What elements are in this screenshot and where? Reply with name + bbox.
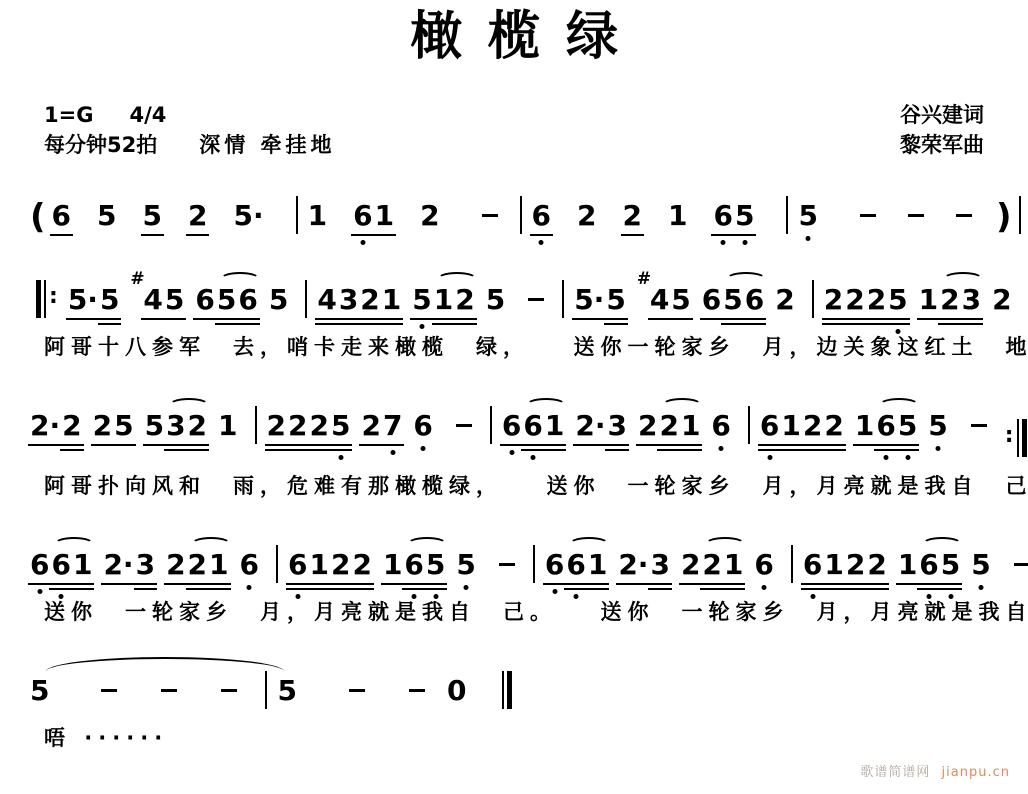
note: 6 <box>566 548 585 582</box>
note: 2 <box>166 548 185 582</box>
note: 2 <box>93 409 112 443</box>
composer-credit: 黎荣军曲 <box>900 130 984 160</box>
note: 2 <box>420 199 439 233</box>
note: 5 <box>888 283 907 317</box>
note: 1 <box>309 548 328 582</box>
low-octave-dot <box>979 585 984 590</box>
note: 2 <box>62 409 81 443</box>
slur: 21 <box>702 548 754 582</box>
note: 2 <box>803 409 822 443</box>
system-outro: 550 唔 ······ <box>0 655 1028 751</box>
sharp-icon: # <box>130 271 144 288</box>
note: 1 <box>781 409 800 443</box>
system-intro: (65525·16126221655) <box>0 180 1028 234</box>
slur: 23 <box>940 283 992 317</box>
note: 6 <box>711 409 730 443</box>
low-octave-dot <box>539 240 544 245</box>
duration-dash <box>528 298 544 301</box>
duration-dash <box>860 214 876 217</box>
slur: 61 <box>566 548 618 582</box>
note: 1 <box>382 283 401 317</box>
note: 2 <box>992 283 1011 317</box>
duration-dash <box>908 214 924 217</box>
low-octave-dot <box>531 455 536 460</box>
low-octave-dot <box>360 240 365 245</box>
lyrics-line-1: 阿哥十八参军 去，哨卡走来橄榄 绿， 送你一轮家乡 月，边关象这红土 地。 <box>0 334 1028 360</box>
note: 5· <box>574 283 604 317</box>
low-octave-dot <box>421 446 426 451</box>
barline-single <box>1019 196 1021 234</box>
note: 5 <box>456 548 475 582</box>
note: 5 <box>217 283 236 317</box>
low-octave-dot <box>574 594 579 599</box>
duration-dash <box>456 424 472 427</box>
note: 5 <box>277 674 296 708</box>
note: 2· <box>575 409 605 443</box>
watermark: 歌谱简谱网 jianpu.cn <box>860 761 1010 780</box>
song-title: 橄榄绿 <box>0 6 1028 68</box>
barline-single <box>490 406 492 444</box>
slur: 61 <box>523 409 575 443</box>
note: 6 <box>919 548 938 582</box>
barline-single <box>305 280 307 318</box>
low-octave-dot <box>247 585 252 590</box>
note: 1 <box>383 548 402 582</box>
tempo-marking: 每分钟52拍 <box>44 133 157 157</box>
low-octave-dot <box>412 594 417 599</box>
note: 1 <box>588 548 607 582</box>
note: 5 <box>426 548 445 582</box>
note: 6 <box>52 199 71 233</box>
note: 1 <box>724 548 743 582</box>
low-octave-dot <box>948 594 953 599</box>
duration-dash <box>971 424 987 427</box>
note: 5 <box>143 199 162 233</box>
note: 1 <box>855 409 874 443</box>
barline-single <box>748 406 750 444</box>
note: 2 <box>309 409 328 443</box>
note: 1 <box>898 548 917 582</box>
lyricist-credit: 谷兴建词 <box>900 100 984 130</box>
low-octave-dot <box>721 240 726 245</box>
note: 1 <box>73 548 92 582</box>
slur: 56 <box>723 283 775 317</box>
barline-begin: : <box>36 280 58 318</box>
note: 2 <box>867 283 886 317</box>
note: 5 <box>735 199 754 233</box>
note: 6 <box>754 548 773 582</box>
note: 5 <box>671 283 690 317</box>
key-meter-row: 1=G4/4 <box>44 100 166 130</box>
note: 5 <box>971 548 990 582</box>
note: 5 <box>606 283 625 317</box>
watermark-site-name: 歌谱简谱网 <box>860 765 930 780</box>
note: 5 <box>30 674 49 708</box>
note: 6 <box>760 409 779 443</box>
notation-line-verse-1: :5·5#456565432151255·5#45656222251232 <box>0 264 1028 318</box>
note: 6 <box>51 548 70 582</box>
slur: 61 <box>51 548 103 582</box>
note: 6 <box>523 409 542 443</box>
note: 1 <box>824 548 843 582</box>
barline-single <box>791 545 793 583</box>
note: 5 <box>941 548 960 582</box>
system-verse-1: :5·5#456565432151255·5#45656222251232 阿哥… <box>0 264 1028 360</box>
note: 6 <box>502 409 521 443</box>
note: 3 <box>339 283 358 317</box>
note: 2 <box>846 548 865 582</box>
duration-dash <box>499 563 515 566</box>
low-octave-dot <box>927 594 932 599</box>
note: 5 <box>486 283 505 317</box>
lyrics-line-2: 阿哥扑向风和 雨，危难有那橄榄绿， 送你 一轮家乡 月，月亮就是我自 己。 <box>0 473 1028 499</box>
low-octave-dot <box>719 446 724 451</box>
duration-dash <box>956 214 972 217</box>
note: 2 <box>623 199 642 233</box>
note: 1 <box>681 409 700 443</box>
note: 5 <box>97 199 116 233</box>
low-octave-dot <box>762 585 767 590</box>
note: 5 <box>723 283 742 317</box>
note: 5 <box>100 283 119 317</box>
low-octave-dot <box>936 446 941 451</box>
note: 2 <box>188 548 207 582</box>
tie-arc <box>46 657 284 686</box>
note: 1 <box>209 548 228 582</box>
low-octave-dot <box>884 455 889 460</box>
sheet-music-page: 橄榄绿 1=G4/4 谷兴建词 每分钟52拍深情 牵挂地 黎荣军曲 (65525… <box>0 0 1028 794</box>
low-octave-dot <box>742 240 747 245</box>
low-octave-dot <box>295 594 300 599</box>
watermark-site-url: jianpu.cn <box>942 765 1010 780</box>
slur: 56 <box>217 283 269 317</box>
note: 2 <box>845 283 864 317</box>
barline-single <box>533 545 535 583</box>
note: 5 <box>269 283 288 317</box>
duration-dash <box>221 689 237 692</box>
lyrics-line-4: 唔 ······ <box>0 725 1028 751</box>
note: 6 <box>238 283 257 317</box>
note: 2 <box>267 409 286 443</box>
barline-single <box>812 280 814 318</box>
note: 2 <box>352 548 371 582</box>
note: 2· <box>30 409 60 443</box>
low-octave-dot <box>390 450 395 455</box>
slur: 21 <box>188 548 240 582</box>
notation-line-verse-2: 2·225532122252766612·3221661221655: <box>0 390 1028 457</box>
note: 2 <box>824 283 843 317</box>
note: 5 <box>898 409 917 443</box>
note: 2 <box>702 548 721 582</box>
note: 3 <box>166 409 185 443</box>
slur: 12 <box>434 283 486 317</box>
note: 6 <box>195 283 214 317</box>
note: 2 <box>188 409 207 443</box>
note: 2 <box>361 409 380 443</box>
note: 6 <box>702 283 721 317</box>
duration-dash <box>101 689 117 692</box>
notation-line-intro: (65525·16126221655) <box>0 180 1028 234</box>
barline-single <box>276 545 278 583</box>
note: 2 <box>867 548 886 582</box>
slur: 65 <box>876 409 928 443</box>
note: 2 <box>331 548 350 582</box>
slur: 32 <box>166 409 218 443</box>
note: 1 <box>218 409 237 443</box>
note: 5 <box>928 409 947 443</box>
note: 6 <box>413 409 432 443</box>
time-signature: 4/4 <box>129 103 166 127</box>
note: 1 <box>375 199 394 233</box>
duration-dash <box>349 689 365 692</box>
note: 5 <box>331 409 350 443</box>
note: 2 <box>638 409 657 443</box>
barline-single <box>520 196 522 234</box>
note: 2 <box>940 283 959 317</box>
slur: 65 <box>404 548 456 582</box>
note: 6 <box>745 283 764 317</box>
duration-dash <box>482 214 498 217</box>
note: 6 <box>545 548 564 582</box>
note: 6 <box>30 548 49 582</box>
note: 1 <box>668 199 687 233</box>
low-octave-dot <box>767 455 772 460</box>
low-octave-dot <box>806 236 811 241</box>
slur: 21 <box>659 409 711 443</box>
barline-end: : <box>1005 419 1027 457</box>
note: 1 <box>545 409 564 443</box>
note: 2 <box>681 548 700 582</box>
note: 6 <box>353 199 372 233</box>
barline-single <box>786 196 788 234</box>
barline-single <box>255 406 257 444</box>
note: 1 <box>308 199 327 233</box>
low-octave-dot <box>552 589 557 594</box>
low-octave-dot <box>37 589 42 594</box>
note: 1 <box>434 283 453 317</box>
note: 3 <box>650 548 669 582</box>
note: 2 <box>360 283 379 317</box>
low-octave-dot <box>338 455 343 460</box>
notation-line-chorus: 6612·32216612216556612·3221661221655 <box>0 529 1028 583</box>
note: 2 <box>577 199 596 233</box>
duration-dash <box>1014 563 1028 566</box>
note: 3 <box>962 283 981 317</box>
barline-single <box>296 196 298 234</box>
barline-final <box>502 671 512 709</box>
key-signature: 1=G <box>44 103 93 127</box>
low-octave-dot <box>895 329 900 334</box>
low-octave-dot <box>905 455 910 460</box>
parenthesis: ) <box>996 197 1012 237</box>
note: 6 <box>288 548 307 582</box>
slur: 65 <box>919 548 971 582</box>
note: #4 <box>143 283 162 317</box>
note: 3 <box>136 548 155 582</box>
note: 7 <box>383 409 402 443</box>
note: 2 <box>288 409 307 443</box>
barline-single <box>562 280 564 318</box>
note: 6 <box>404 548 423 582</box>
lyrics-line-3: 送你 一轮家乡 月，月亮就是我自 己。 送你 一轮家乡 月，月亮就是我自 己。 <box>0 599 1028 625</box>
low-octave-dot <box>464 585 469 590</box>
score-header: 1=G4/4 谷兴建词 每分钟52拍深情 牵挂地 黎荣军曲 <box>0 100 1028 160</box>
note: 2· <box>103 548 133 582</box>
note: 6 <box>240 548 259 582</box>
low-octave-dot <box>420 324 425 329</box>
tempo-row: 每分钟52拍深情 牵挂地 <box>44 130 336 160</box>
note: 6 <box>532 199 551 233</box>
low-octave-dot <box>810 594 815 599</box>
low-octave-dot <box>59 594 64 599</box>
note: 2 <box>659 409 678 443</box>
note: 2 <box>824 409 843 443</box>
note: 3 <box>607 409 626 443</box>
note: 5 <box>114 409 133 443</box>
note: 5· <box>68 283 98 317</box>
low-octave-dot <box>433 594 438 599</box>
note: 5 <box>165 283 184 317</box>
note: 5 <box>145 409 164 443</box>
low-octave-dot <box>509 450 514 455</box>
sharp-icon: # <box>637 271 651 288</box>
note: 2 <box>775 283 794 317</box>
note: #4 <box>650 283 669 317</box>
note: 4 <box>317 283 336 317</box>
duration-dash <box>161 689 177 692</box>
expression-marking: 深情 牵挂地 <box>199 133 335 157</box>
note: 5 <box>412 283 431 317</box>
note: 0 <box>447 674 466 708</box>
note: 2· <box>618 548 648 582</box>
system-verse-2: 2·225532122252766612·3221661221655: 阿哥扑向… <box>0 390 1028 499</box>
note: 6 <box>713 199 732 233</box>
note: 2 <box>455 283 474 317</box>
note: 2 <box>188 199 207 233</box>
parenthesis: ( <box>30 197 46 237</box>
note: 5 <box>798 199 817 233</box>
note: 6 <box>876 409 895 443</box>
note: 5· <box>233 199 263 233</box>
note: 1 <box>919 283 938 317</box>
system-chorus: 6612·32216612216556612·3221661221655 送你 … <box>0 529 1028 625</box>
note: 6 <box>803 548 822 582</box>
duration-dash <box>409 689 425 692</box>
